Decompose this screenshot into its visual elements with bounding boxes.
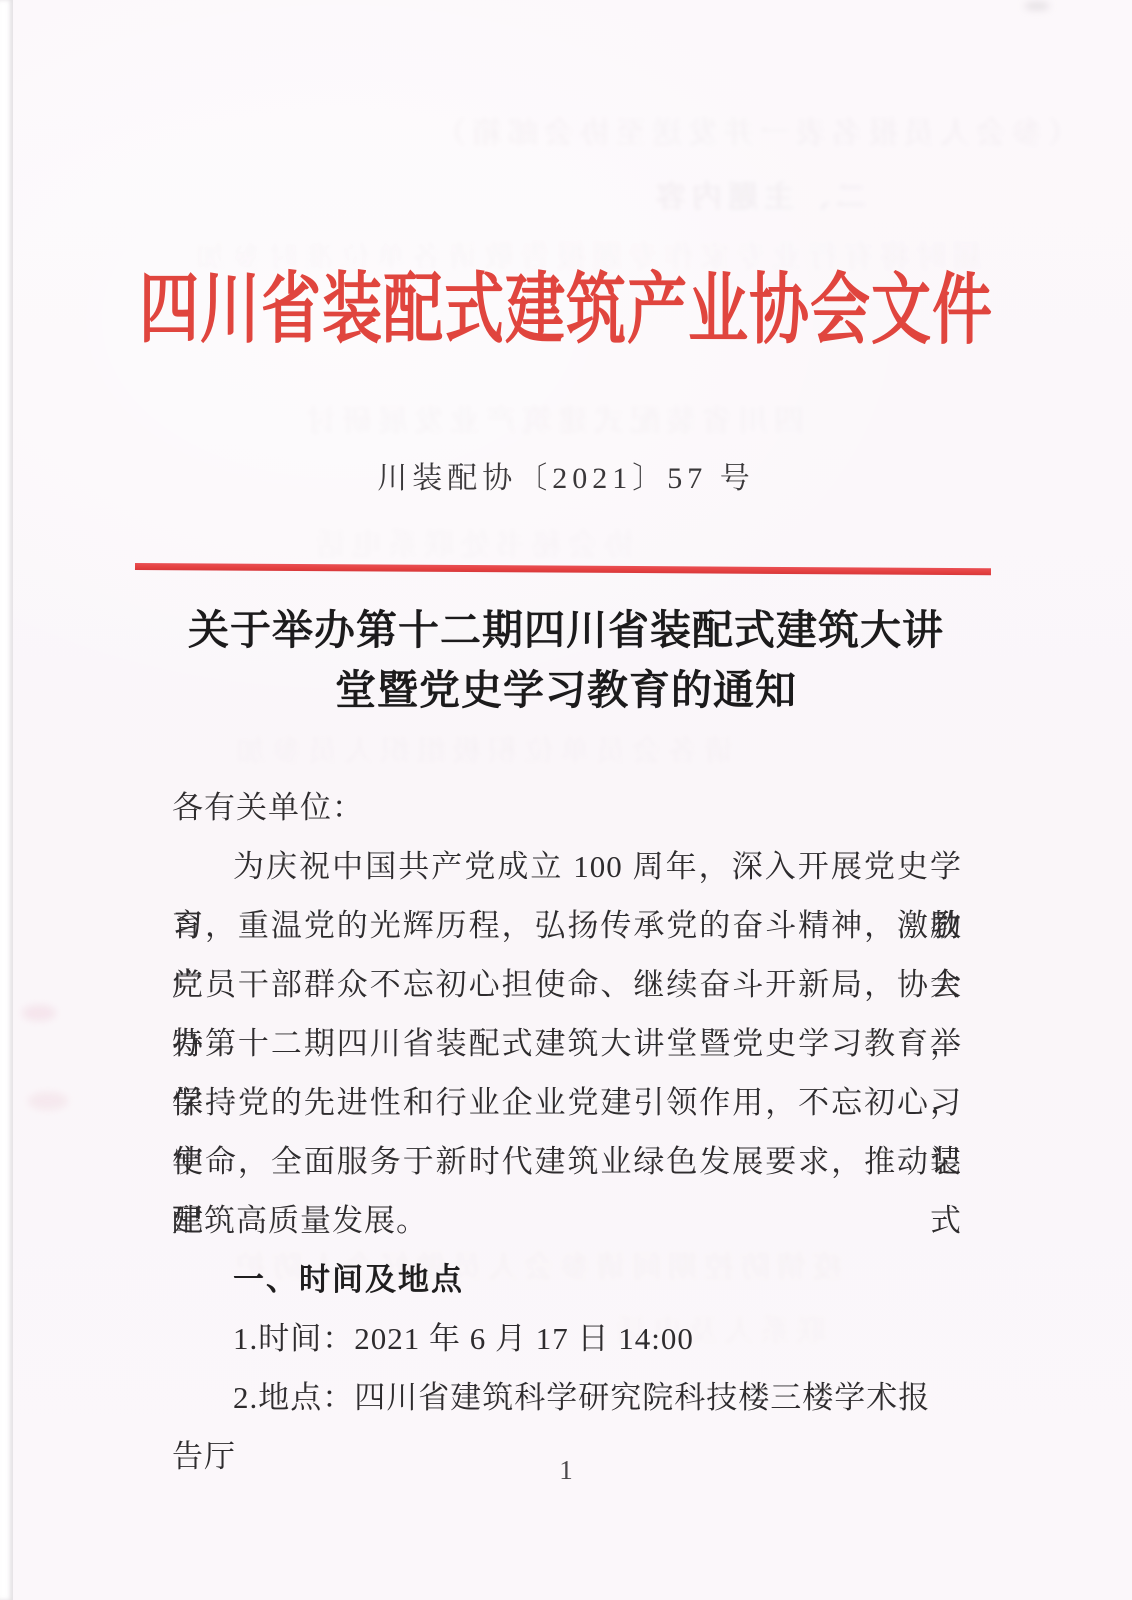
- paper-smudge: [22, 1005, 56, 1021]
- letterhead-org-title-text: 四川省装配式建筑产业协会文件: [139, 252, 993, 368]
- scanned-document-page: （参会人员报名表一并发送至协会邮箱） 二、主题内容 届时将有行业专家作专题报告敬…: [0, 0, 1132, 1600]
- scanner-left-edge: [0, 0, 13, 1600]
- item-time: 1.时间：2021 年 6 月 17 日 14:00: [172, 1309, 962, 1368]
- paragraph-line: 为庆祝中国共产党成立 100 周年，深入开展党史学习教: [172, 837, 962, 896]
- salutation: 各有关单位：: [172, 778, 962, 837]
- page-number: 1: [0, 1452, 1132, 1488]
- paragraph-line: 使命，全面服务于新时代建筑业绿色发展要求，推动装配式: [172, 1132, 962, 1191]
- paragraph-line: 办第十二期四川省装配式建筑大讲堂暨党史学习教育，学习: [172, 1014, 962, 1073]
- letterhead-org-title: 四川省装配式建筑产业协会文件: [0, 265, 1132, 355]
- document-title-line-2: 堂暨党史学习教育的通知: [66, 660, 1066, 720]
- document-number: 川装配协〔2021〕57 号: [0, 458, 1132, 500]
- bleed-through-line: 四川省装配式建筑产业发展研讨: [300, 396, 804, 440]
- document-body: 各有关单位： 为庆祝中国共产党成立 100 周年，深入开展党史学习教 育，重温党…: [172, 778, 962, 1427]
- document-title-line-1: 关于举办第十二期四川省装配式建筑大讲: [66, 600, 1066, 660]
- bleed-through-line: 二、主题内容: [650, 172, 866, 216]
- bleed-through-line: 协会秘书处联系电话: [310, 520, 634, 564]
- paragraph-line: 育，重温党的光辉历程，弘扬传承党的奋斗精神，激励广大: [172, 896, 962, 955]
- red-divider-line: [135, 563, 991, 575]
- paragraph-line: 党员干部群众不忘初心担使命、继续奋斗开新局，协会特举: [172, 955, 962, 1014]
- document-title: 关于举办第十二期四川省装配式建筑大讲 堂暨党史学习教育的通知: [66, 600, 1066, 720]
- paper-smudge: [28, 1092, 68, 1110]
- section-heading-time-place: 一、时间及地点: [172, 1250, 962, 1309]
- paper-smudge: [1024, 2, 1050, 10]
- item-place: 2.地点：四川省建筑科学研究院科技楼三楼学术报告厅: [172, 1368, 962, 1427]
- bleed-through-line: （参会人员报名表一并发送至协会邮箱）: [430, 108, 1078, 152]
- paragraph-line: 保持党的先进性和行业企业党建引领作用，不忘初心，牢记: [172, 1073, 962, 1132]
- bleed-through-line: 请各会员单位积极组织人员参加: [230, 726, 734, 770]
